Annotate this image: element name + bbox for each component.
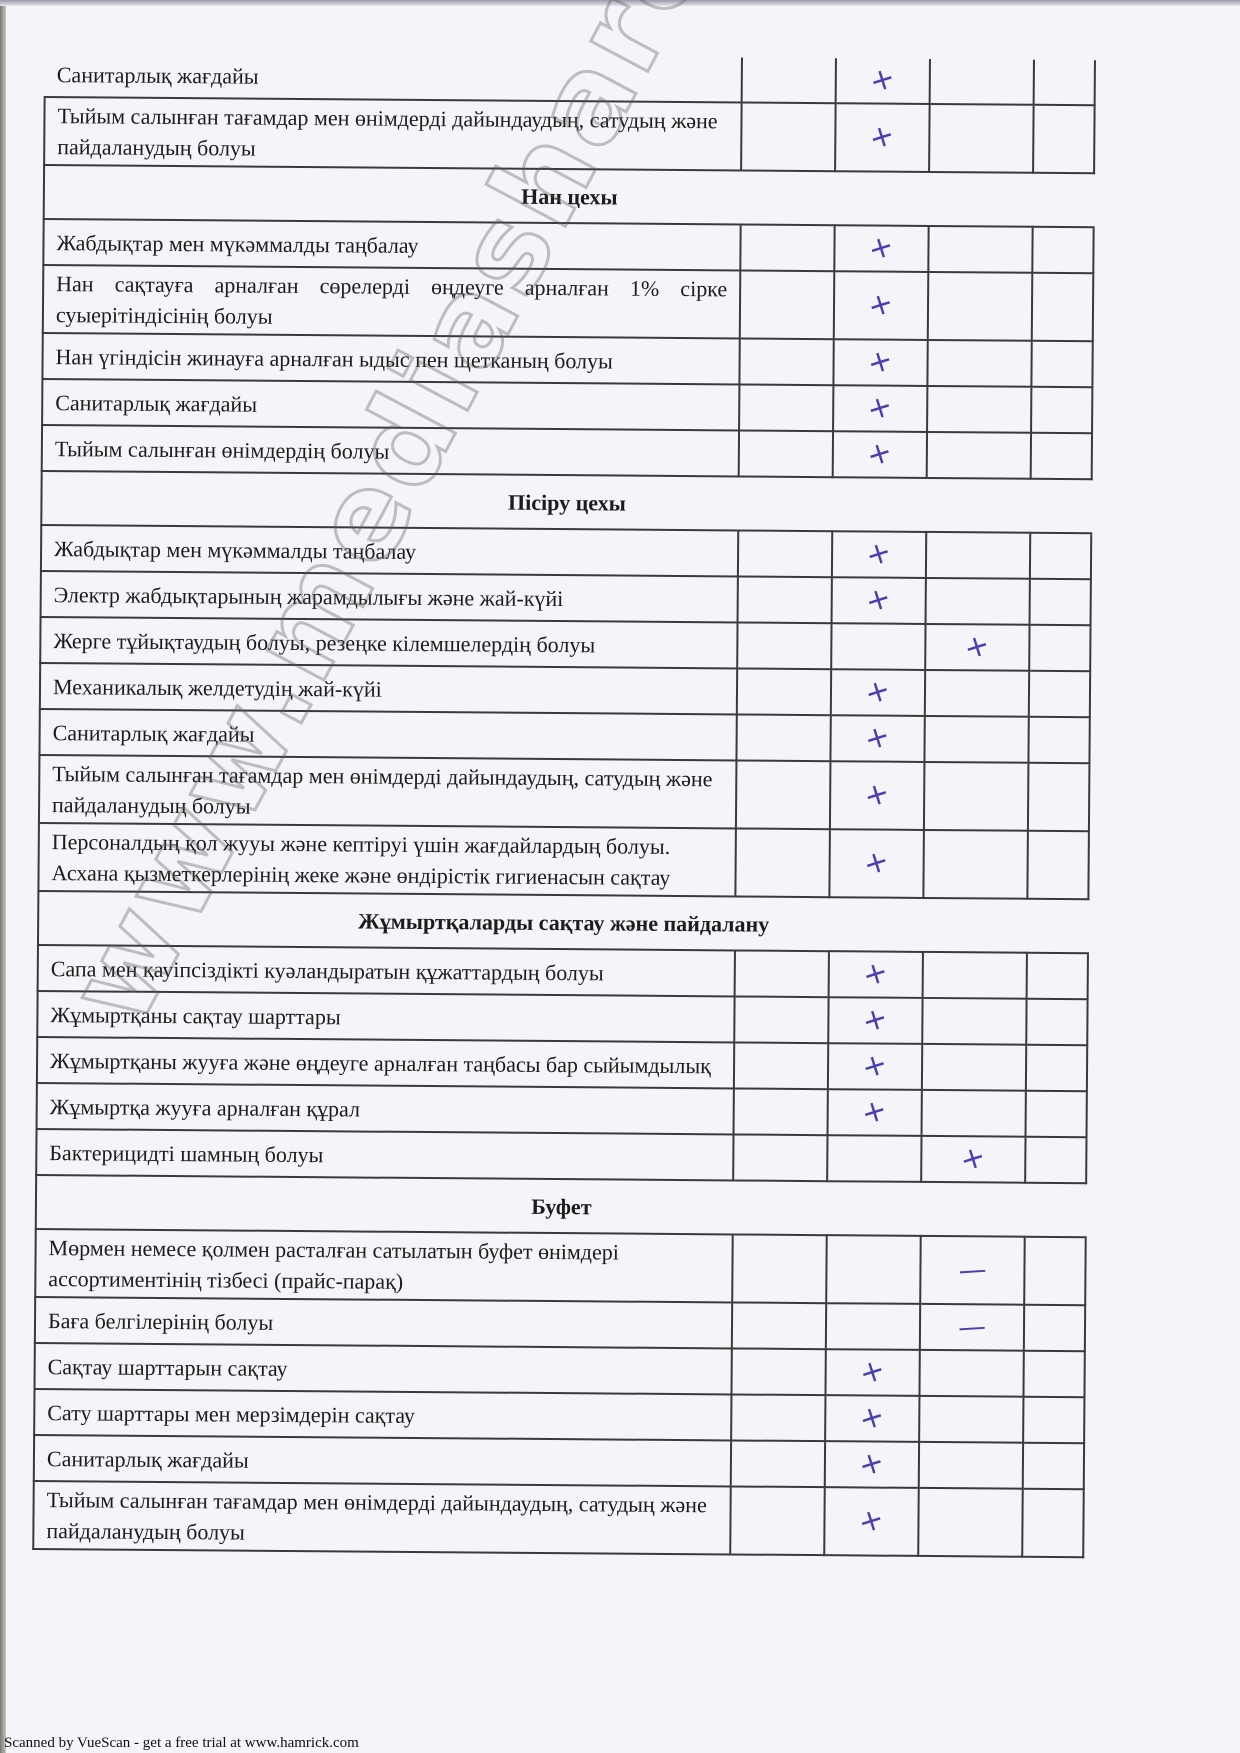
requirement-text: Жерге тұйықтаудың болуы, резеңке кілемше… (40, 617, 737, 668)
requirement-text: Персоналдың қол жууы және кептіруі үшін … (38, 823, 736, 896)
mark-cell-col_a (730, 1486, 825, 1555)
mark-cell-col_d (1031, 387, 1092, 433)
checklist-row: Жерге тұйықтаудың болуы, резеңке кілемше… (40, 617, 1090, 671)
check-mark-icon: + (863, 435, 896, 472)
mark-cell-col_c: + (921, 1136, 1025, 1183)
mark-cell-col_c (922, 1044, 1026, 1091)
checklist-row: Тыйым салынған тағамдар мен өнімдерді да… (39, 755, 1090, 831)
requirement-text: Тыйым салынған тағамдар мен өнімдерді да… (39, 755, 737, 828)
mark-cell-col_d (1025, 1137, 1086, 1183)
requirement-text: Санитарлық жағдайы (42, 379, 739, 430)
mark-cell-col_b: + (832, 531, 926, 578)
requirement-text: Тыйым салынған тағамдар мен өнімдерді да… (44, 97, 742, 170)
scan-edge-top (0, 0, 1240, 6)
check-mark-icon: + (858, 1093, 891, 1130)
check-mark-icon: + (862, 535, 895, 572)
mark-cell-col_d (1030, 533, 1091, 579)
check-mark-icon: + (957, 1140, 990, 1177)
mark-cell-col_d (1024, 1305, 1085, 1351)
section-title: Нан цехы (44, 165, 1094, 227)
mark-cell-col_b: + (832, 577, 926, 624)
mark-cell-col_c (922, 1090, 1026, 1137)
check-mark-icon: + (861, 776, 894, 813)
mark-cell-col_b (826, 1303, 920, 1350)
mark-cell-col_c (928, 226, 1032, 273)
checklist-row: Жабдықтар мен мүкәммалды таңбалау+ (41, 525, 1091, 579)
mark-cell-col_a (735, 950, 829, 997)
mark-cell-col_a (737, 668, 831, 715)
mark-cell-col_d (1026, 999, 1087, 1045)
checklist-row: Тыйым салынған тағамдар мен өнімдерді да… (33, 1481, 1084, 1557)
checklist-row: Санитарлық жағдайы+ (39, 709, 1089, 763)
checklist-row: Жұмыртқа жууға арналған құрал+ (37, 1083, 1087, 1137)
mark-cell-col_a (740, 224, 834, 271)
mark-cell-col_b: + (824, 1487, 919, 1556)
check-mark-icon: + (861, 673, 894, 710)
mark-cell-col_a (738, 576, 832, 623)
mark-cell-col_b (826, 1235, 921, 1304)
requirement-text: Бактерицидті шамның болуы (36, 1129, 733, 1180)
checklist-body: Санитарлық жағдайы+Тыйым салынған тағамд… (33, 52, 1095, 1557)
mark-cell-col_c (930, 59, 1034, 105)
checklist-row: Нан үгіндісін жинауға арналған ыдыс пен … (42, 333, 1092, 387)
mark-cell-col_a (737, 622, 831, 669)
check-mark-icon: + (859, 955, 892, 992)
mark-cell-col_a (734, 996, 828, 1043)
mark-cell-col_c (919, 1396, 1023, 1443)
mark-cell-col_b (827, 1135, 921, 1182)
mark-cell-col_c (918, 1488, 1023, 1557)
mark-cell-col_c (919, 1442, 1023, 1489)
check-mark-icon: + (858, 1047, 891, 1084)
section-title: Буфет (36, 1175, 1086, 1237)
mark-cell-col_a (732, 1234, 827, 1303)
check-mark-icon: + (861, 719, 894, 756)
requirement-text: Сақтау шарттарын сақтау (34, 1343, 731, 1394)
requirement-text: Санитарлық жағдайы (39, 709, 736, 760)
mark-cell-col_d (1028, 763, 1090, 831)
mark-cell-col_a (731, 1348, 825, 1395)
mark-cell-col_a (731, 1394, 825, 1441)
checklist-table: Санитарлық жағдайы+Тыйым салынған тағамд… (32, 52, 1096, 1558)
mark-cell-col_b: + (829, 951, 923, 998)
mark-cell-col_b: + (833, 339, 927, 386)
checklist-row: Сақтау шарттарын сақтау+ (34, 1343, 1084, 1397)
requirement-text: Жұмыртқа жууға арналған құрал (37, 1083, 734, 1134)
checklist-row: Жұмыртқаны жууға және өңдеуге арналған т… (37, 1037, 1087, 1091)
mark-cell-col_c (919, 1350, 1023, 1397)
mark-cell-col_b: + (830, 761, 925, 830)
requirement-text: Тыйым салынған өнімдердің болуы (42, 425, 739, 476)
mark-cell-col_b: + (825, 1441, 919, 1488)
mark-cell-col_c (923, 952, 1027, 999)
mark-cell-col_b: + (834, 225, 928, 272)
requirement-text: Жұмыртқаны жууға және өңдеуге арналған т… (37, 1037, 734, 1088)
checklist-row: Тыйым салынған тағамдар мен өнімдерді да… (44, 97, 1095, 173)
check-mark-icon: + (862, 581, 895, 618)
mark-cell-col_d (1034, 60, 1095, 105)
section-title: Жұмыртқаларды сақтау және пайдалану (38, 891, 1088, 953)
mark-cell-col_b: + (835, 103, 930, 172)
mark-cell-col_a (731, 1440, 825, 1487)
mark-cell-col_a (733, 1134, 827, 1181)
requirement-text: Электр жабдықтарының жарамдылығы және жа… (41, 571, 738, 622)
mark-cell-col_b: + (830, 715, 924, 762)
mark-cell-col_d (1029, 625, 1090, 671)
mark-cell-col_b: + (825, 1349, 919, 1396)
mark-cell-col_b: + (834, 271, 929, 340)
requirement-text: Жабдықтар мен мүкәммалды таңбалау (43, 219, 740, 270)
mark-cell-col_b: + (825, 1395, 919, 1442)
mark-cell-col_a (734, 1042, 828, 1089)
mark-cell-col_d (1022, 1489, 1084, 1557)
requirement-text: Санитарлық жағдайы (45, 52, 742, 102)
mark-cell-col_a (738, 530, 832, 577)
section-title: Пісіру цехы (41, 471, 1091, 533)
mark-cell-col_d (1032, 227, 1093, 273)
mark-cell-col_d (1032, 273, 1094, 341)
mark-cell-col_b: + (829, 829, 924, 898)
checklist-row: Жабдықтар мен мүкәммалды таңбалау+ (43, 219, 1093, 273)
mark-cell-col_a (739, 338, 833, 385)
mark-cell-col_c (927, 340, 1031, 387)
mark-cell-col_b: + (828, 997, 922, 1044)
requirement-text: Жұмыртқаны сақтау шарттары (37, 991, 734, 1042)
checklist-row: Баға белгілерінің болуы— (35, 1297, 1085, 1351)
check-mark-icon: + (865, 229, 898, 266)
mark-cell-col_d (1023, 1351, 1084, 1397)
check-mark-icon: + (864, 286, 897, 323)
mark-cell-col_c (926, 578, 1030, 625)
mark-cell-col_b: + (833, 385, 927, 432)
requirement-text: Жабдықтар мен мүкәммалды таңбалау (41, 525, 738, 576)
mark-cell-col_c (926, 532, 1030, 579)
mark-cell-col_c (928, 272, 1033, 341)
check-mark-icon: + (856, 1353, 889, 1390)
check-mark-icon: + (855, 1445, 888, 1482)
mark-cell-col_d (1023, 1443, 1084, 1489)
requirement-text: Нан үгіндісін жинауға арналған ыдыс пен … (42, 333, 739, 384)
checklist-row: Мөрмен немесе қолмен расталған сатылатын… (35, 1229, 1086, 1305)
section-header-row: Жұмыртқаларды сақтау және пайдалану (38, 891, 1088, 953)
mark-cell-col_a (740, 270, 835, 339)
mark-cell-col_a (735, 828, 830, 897)
mark-cell-col_b: + (828, 1043, 922, 1090)
mark-cell-col_c (924, 762, 1029, 831)
requirement-text: Сапа мен қауіпсіздікті куәландыратын құж… (38, 945, 735, 996)
mark-cell-col_c (924, 716, 1028, 763)
mark-cell-col_d (1027, 831, 1089, 899)
mark-cell-col_d (1031, 341, 1092, 387)
check-mark-icon: + (866, 118, 899, 155)
checklist-row: Бактерицидті шамның болуы+ (36, 1129, 1086, 1183)
checklist-row: Нан сақтауға арналған сөрелерді өңдеуге … (43, 265, 1094, 341)
checklist-row: Механикалық желдетудің жай-күйі+ (40, 663, 1090, 717)
checklist-row: Санитарлық жағдайы+ (42, 379, 1092, 433)
requirement-text: Нан сақтауға арналған сөрелерді өңдеуге … (43, 265, 741, 338)
mark-cell-col_d (1028, 717, 1089, 763)
requirement-text: Баға белгілерінің болуы (35, 1297, 732, 1348)
mark-cell-col_c: — (920, 1236, 1025, 1305)
check-mark-icon: + (855, 1502, 888, 1539)
checklist-row: Жұмыртқаны сақтау шарттары+ (37, 991, 1087, 1045)
mark-cell-col_c (929, 104, 1034, 173)
checklist-row: Персоналдың қол жууы және кептіруі үшін … (38, 823, 1089, 899)
requirement-text: Тыйым салынған тағамдар мен өнімдерді да… (33, 1481, 731, 1554)
check-mark-icon: + (961, 628, 994, 665)
check-mark-icon: + (864, 343, 897, 380)
mark-cell-col_c (923, 830, 1028, 899)
section-header-row: Буфет (36, 1175, 1086, 1237)
mark-cell-col_c (922, 998, 1026, 1045)
mark-cell-col_d (1033, 105, 1095, 173)
mark-cell-col_d (1030, 579, 1091, 625)
mark-cell-col_c (927, 432, 1031, 479)
mark-cell-col_c (927, 386, 1031, 433)
check-mark-icon: + (866, 61, 899, 98)
requirement-text: Сату шарттары мен мерзімдерін сақтау (34, 1389, 731, 1440)
requirement-text: Санитарлық жағдайы (34, 1435, 731, 1486)
mark-cell-col_d (1026, 1091, 1087, 1137)
mark-cell-col_c: — (920, 1304, 1024, 1351)
checklist-row: Сапа мен қауіпсіздікті куәландыратын құж… (38, 945, 1088, 999)
mark-cell-col_b: + (828, 1089, 922, 1136)
dash-mark-icon: — (957, 1310, 987, 1343)
mark-cell-col_d (1026, 1045, 1087, 1091)
mark-cell-col_a (736, 760, 831, 829)
check-mark-icon: + (856, 1399, 889, 1436)
mark-cell-col_a (739, 430, 833, 477)
mark-cell-col_d (1031, 433, 1092, 479)
mark-cell-col_a (734, 1088, 828, 1135)
mark-cell-col_a (742, 57, 836, 103)
mark-cell-col_b: + (833, 431, 927, 478)
mark-cell-col_a (739, 384, 833, 431)
mark-cell-col_b (831, 623, 925, 670)
check-mark-icon: + (860, 844, 893, 881)
checklist-row: Электр жабдықтарының жарамдылығы және жа… (41, 571, 1091, 625)
checklist-row: Санитарлық жағдайы+ (34, 1435, 1084, 1489)
mark-cell-col_d (1023, 1397, 1084, 1443)
checklist-sheet: Санитарлық жағдайы+Тыйым салынған тағамд… (32, 52, 1094, 1558)
mark-cell-col_a (741, 102, 836, 171)
checklist-row: Тыйым салынған өнімдердің болуы+ (42, 425, 1092, 479)
section-header-row: Пісіру цехы (41, 471, 1091, 533)
mark-cell-col_c (925, 670, 1029, 717)
check-mark-icon: + (859, 1001, 892, 1038)
mark-cell-col_b: + (831, 669, 925, 716)
scanner-footer: Scanned by VueScan - get a free trial at… (4, 1735, 359, 1752)
mark-cell-col_d (1027, 953, 1088, 999)
checklist-row: Сату шарттары мен мерзімдерін сақтау+ (34, 1389, 1084, 1443)
mark-cell-col_c: + (925, 624, 1029, 671)
scan-edge-left (0, 0, 6, 1753)
requirement-text: Мөрмен немесе қолмен расталған сатылатын… (35, 1229, 733, 1302)
section-header-row: Нан цехы (44, 165, 1094, 227)
mark-cell-col_d (1024, 1237, 1086, 1305)
mark-cell-col_a (736, 714, 830, 761)
check-mark-icon: + (864, 389, 897, 426)
requirement-text: Механикалық желдетудің жай-күйі (40, 663, 737, 714)
mark-cell-col_a (732, 1302, 826, 1349)
mark-cell-col_d (1029, 671, 1090, 717)
dash-mark-icon: — (958, 1253, 988, 1286)
mark-cell-col_b: + (836, 58, 930, 104)
